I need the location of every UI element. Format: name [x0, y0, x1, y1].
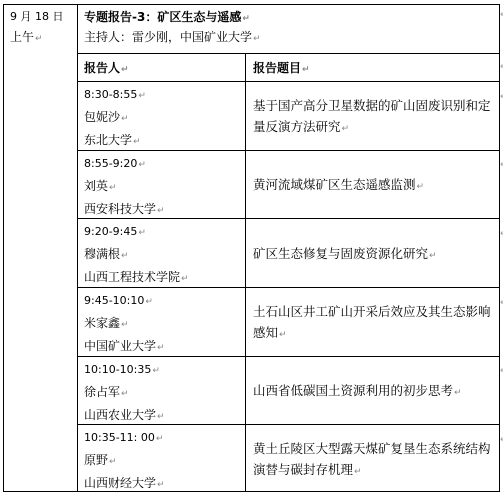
paragraph-mark-icon: ↵: [157, 343, 165, 353]
paragraph-mark-icon: ↵: [181, 274, 189, 284]
speaker-affiliation: 山西农业大学↵: [84, 405, 165, 428]
speaker-affiliation: 山西财经大学↵: [84, 473, 165, 494]
table-row: 8:55-9:20↵ 刘英↵ 西安科技大学↵: [84, 153, 165, 222]
report-topic: 矿区生态修复与固废资源化研究↵: [253, 243, 493, 267]
paragraph-mark-icon: ↵: [454, 388, 462, 398]
speaker-affiliation: 西安科技大学↵: [84, 199, 165, 222]
paragraph-mark-icon: ↵: [109, 457, 117, 467]
paragraph-mark-icon: ↵: [253, 34, 261, 44]
paragraph-mark-icon: ↵: [133, 137, 141, 147]
paragraph-mark-icon: ↵: [429, 251, 437, 261]
paragraph-mark-icon: ↵: [121, 65, 129, 75]
paragraph-mark-icon: ↵: [121, 389, 129, 399]
paragraph-mark-icon: ↵: [35, 34, 43, 44]
session-date: 9 月 18 日: [10, 9, 64, 25]
report-topic: 黄河流域煤矿区生态遥感监测↵: [253, 174, 493, 198]
paragraph-mark-icon: ↵: [109, 183, 117, 193]
speaker-name: 米家鑫↵: [84, 313, 165, 336]
row-divider: [77, 53, 499, 54]
speaker-name: 徐占军↵: [84, 382, 165, 405]
speaker-affiliation: 山西工程技术学院↵: [84, 267, 189, 290]
report-topic: 基于国产高分卫星数据的矿山固废识别和定量反演方法研究↵: [253, 95, 493, 140]
paragraph-mark-icon: ↵: [145, 297, 153, 307]
speaker-name: 原野↵: [84, 450, 165, 473]
table-row: 9:45-10:10↵ 米家鑫↵ 中国矿业大学↵: [84, 290, 165, 359]
paragraph-mark-icon: ↵: [121, 251, 129, 261]
report-topic: 土石山区井工矿山开采后效应及其生态影响感知↵: [253, 301, 493, 346]
column-header-topic: 报告题目↵: [253, 60, 310, 78]
paragraph-mark-icon: ↵: [156, 434, 164, 444]
speaker-affiliation: 中国矿业大学↵: [84, 336, 165, 359]
speaker-affiliation: 东北大学↵: [84, 130, 146, 153]
paragraph-mark-icon: ↵: [121, 320, 129, 330]
speaker-name: 包妮沙↵: [84, 107, 146, 130]
table-row: 10:10-10:35↵ 徐占军↵ 山西农业大学↵: [84, 359, 165, 428]
time-slot: 10:10-10:35↵: [84, 359, 165, 382]
paragraph-mark-icon: ↵: [157, 206, 165, 216]
table-row: 9:20-9:45↵ 穆满根↵ 山西工程技术学院↵: [84, 221, 189, 290]
paragraph-mark-icon: ↵: [354, 467, 362, 477]
paragraph-mark-icon: ↵: [342, 124, 350, 134]
paragraph-mark-icon: ↵: [302, 65, 310, 75]
paragraph-mark-icon: ↵: [138, 91, 146, 101]
column-header-speaker: 报告人↵: [84, 60, 129, 78]
time-slot: 10:35-11: 00↵: [84, 427, 165, 450]
paragraph-mark-icon: ↵: [152, 366, 160, 376]
speaker-topic-divider: [245, 53, 246, 491]
paragraph-mark-icon: ↵: [138, 160, 146, 170]
paragraph-mark-icon: ↵: [157, 412, 165, 422]
paragraph-mark-icon: ↵: [279, 330, 287, 340]
paragraph-mark-icon: ↵: [242, 14, 250, 24]
report-topic: 山西省低碳国土资源利用的初步思考↵: [253, 380, 493, 404]
session-title: 专题报告-3：矿区生态与遥感↵: [84, 9, 250, 27]
speaker-name: 穆满根↵: [84, 244, 189, 267]
date-column-divider: [77, 4, 78, 491]
report-topic: 黄土丘陵区大型露天煤矿复垦生态系统结构演替与碳封存机理↵: [253, 438, 493, 483]
session-host: 主持人：雷少刚，中国矿业大学↵: [84, 29, 261, 47]
paragraph-mark-icon: ↵: [417, 182, 425, 192]
time-slot: 9:20-9:45↵: [84, 221, 189, 244]
paragraph-mark-icon: ↵: [138, 228, 146, 238]
table-row: 8:30-8:55↵ 包妮沙↵ 东北大学↵: [84, 84, 146, 153]
table-row: 10:35-11: 00↵ 原野↵ 山西财经大学↵: [84, 427, 165, 494]
time-slot: 8:30-8:55↵: [84, 84, 146, 107]
paragraph-mark-icon: ↵: [121, 114, 129, 124]
row-divider: [77, 81, 499, 82]
time-slot: 9:45-10:10↵: [84, 290, 165, 313]
time-slot: 8:55-9:20↵: [84, 153, 165, 176]
paragraph-mark-icon: ↵: [157, 480, 165, 490]
speaker-name: 刘英↵: [84, 176, 165, 199]
session-period: 上午↵: [10, 29, 43, 47]
